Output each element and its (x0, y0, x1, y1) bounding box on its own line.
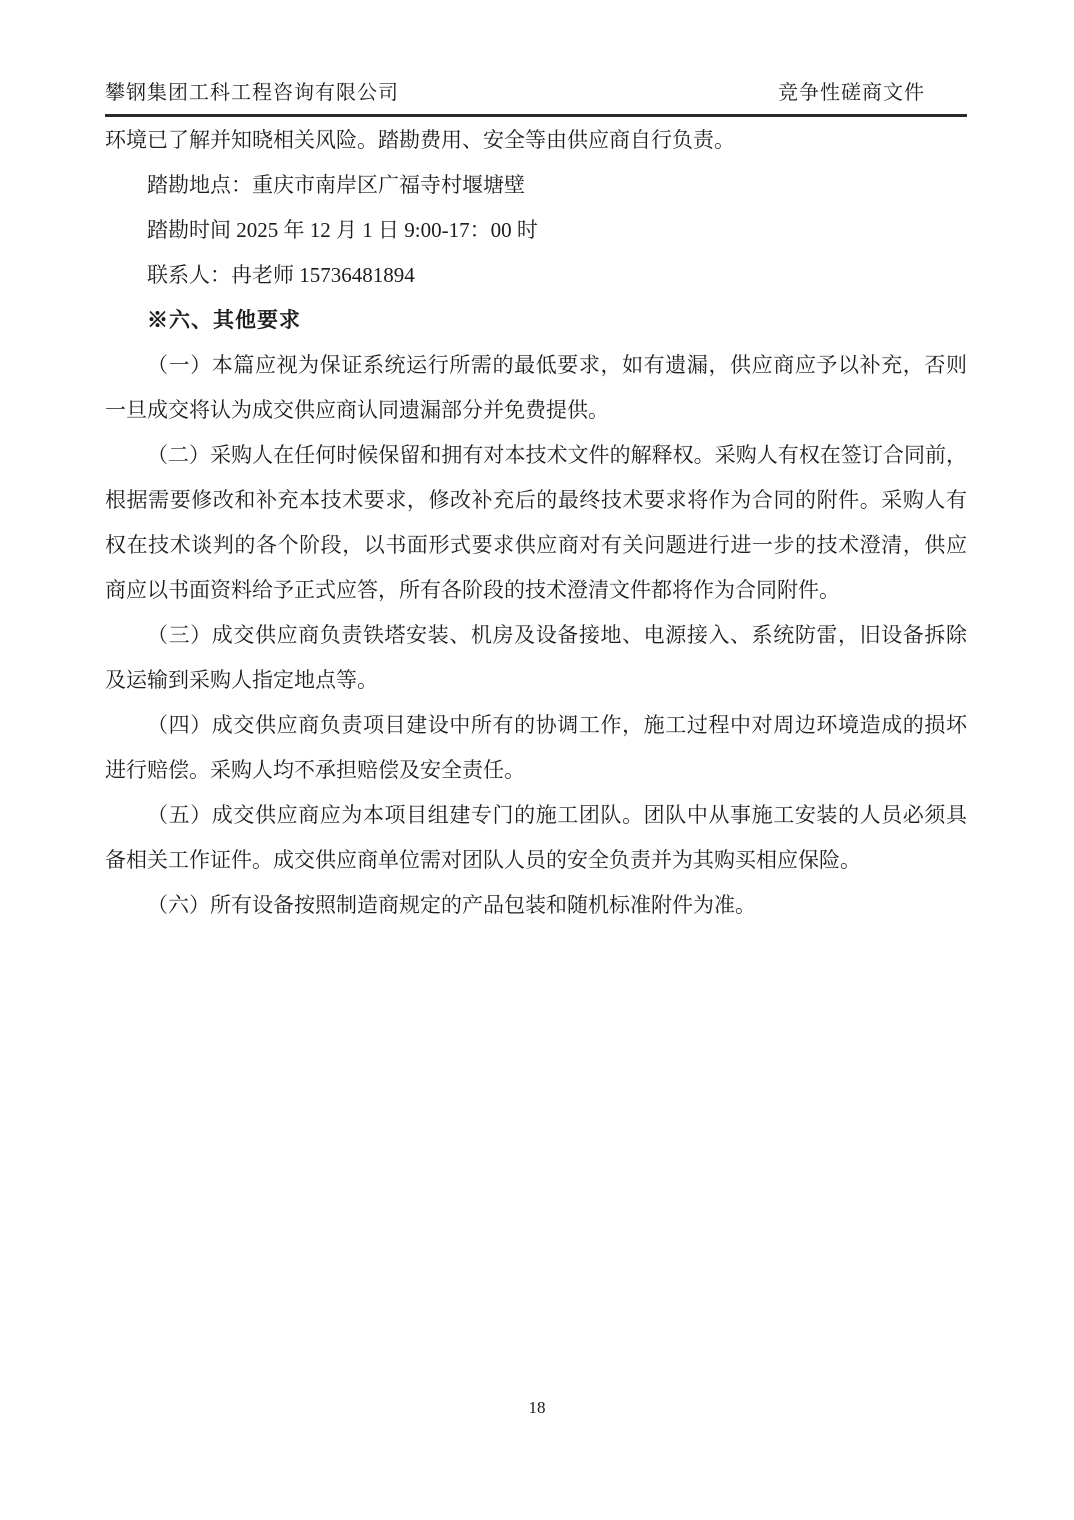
clause-2-line: 商应以书面资料给予正式应答，所有各阶段的技术澄清文件都将作为合同附件。 (105, 568, 967, 613)
contact-person: 联系人：冉老师 15736481894 (105, 253, 967, 298)
document-body: 环境已了解并知晓相关风险。踏勘费用、安全等由供应商自行负责。 踏勘地点：重庆市南… (105, 118, 967, 928)
section-heading: ※六、其他要求 (105, 298, 967, 343)
body-line: 环境已了解并知晓相关风险。踏勘费用、安全等由供应商自行负责。 (105, 118, 967, 163)
page-header: 攀钢集团工科工程咨询有限公司 竞争性磋商文件 (105, 76, 967, 117)
site-visit-location: 踏勘地点：重庆市南岸区广福寺村堰塘壁 (105, 163, 967, 208)
document-page: 攀钢集团工科工程咨询有限公司 竞争性磋商文件 环境已了解并知晓相关风险。踏勘费用… (0, 0, 1074, 1520)
clause-4-line: 进行赔偿。采购人均不承担赔偿及安全责任。 (105, 748, 967, 793)
clause-1-line: （一）本篇应视为保证系统运行所需的最低要求，如有遗漏，供应商应予以补充，否则 (105, 343, 967, 388)
clause-2-line: 根据需要修改和补充本技术要求，修改补充后的最终技术要求将作为合同的附件。采购人有 (105, 478, 967, 523)
clause-2-line: 权在技术谈判的各个阶段，以书面形式要求供应商对有关问题进行进一步的技术澄清，供应 (105, 523, 967, 568)
header-company-name: 攀钢集团工科工程咨询有限公司 (105, 76, 399, 105)
site-visit-time: 踏勘时间 2025 年 12 月 1 日 9:00-17：00 时 (105, 208, 967, 253)
clause-5-line: 备相关工作证件。成交供应商单位需对团队人员的安全负责并为其购买相应保险。 (105, 838, 967, 883)
clause-2-line: （二）采购人在任何时候保留和拥有对本技术文件的解释权。采购人有权在签订合同前， (105, 433, 967, 478)
page-number: 18 (0, 1398, 1074, 1418)
clause-6-line: （六）所有设备按照制造商规定的产品包装和随机标准附件为准。 (105, 883, 967, 928)
clause-3-line: （三）成交供应商负责铁塔安装、机房及设备接地、电源接入、系统防雷，旧设备拆除 (105, 613, 967, 658)
clause-1-line: 一旦成交将认为成交供应商认同遗漏部分并免费提供。 (105, 388, 967, 433)
clause-4-line: （四）成交供应商负责项目建设中所有的协调工作，施工过程中对周边环境造成的损坏 (105, 703, 967, 748)
clause-5-line: （五）成交供应商应为本项目组建专门的施工团队。团队中从事施工安装的人员必须具 (105, 793, 967, 838)
header-doc-type: 竞争性磋商文件 (778, 76, 967, 105)
clause-3-line: 及运输到采购人指定地点等。 (105, 658, 967, 703)
